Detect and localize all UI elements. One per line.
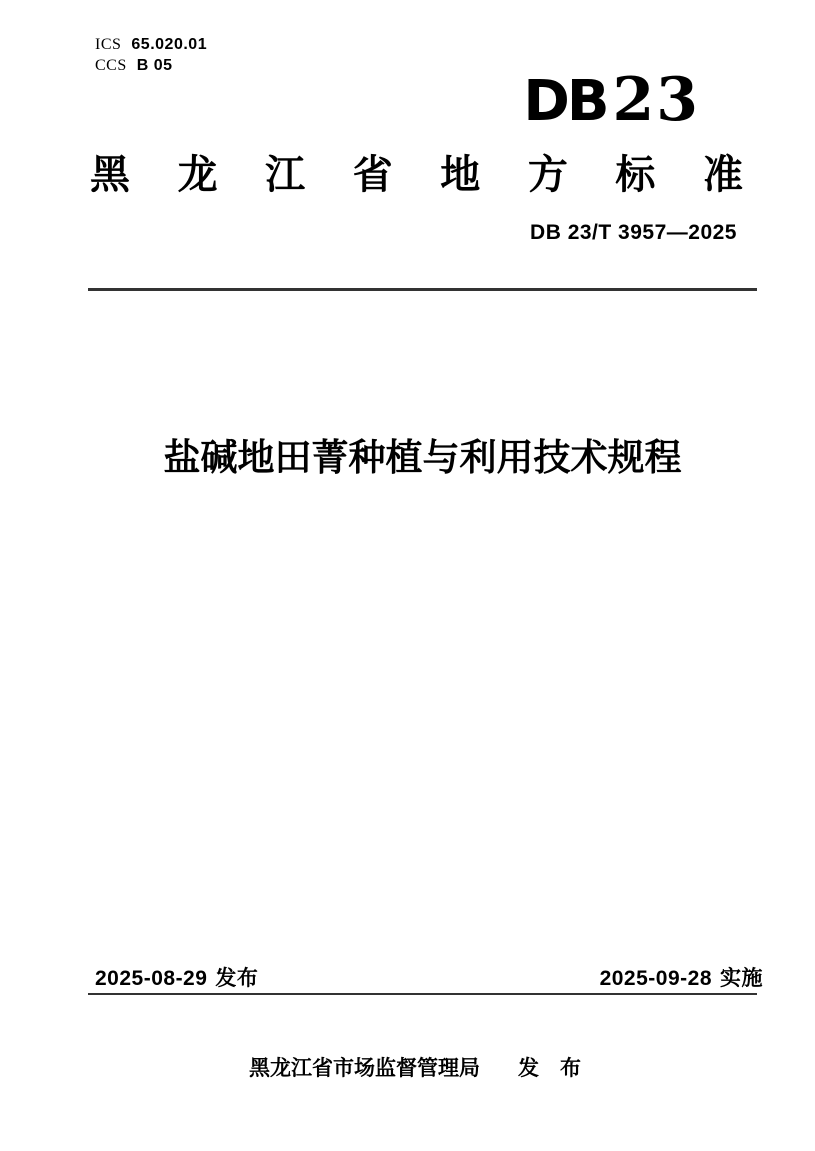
implementation-date-label: 实施 (720, 967, 763, 990)
ics-row: ICS 65.020.01 (95, 36, 207, 57)
standard-type-char: 龙 (178, 152, 218, 198)
ccs-code: B 05 (137, 57, 173, 75)
classification-block: ICS 65.020.01 CCS B 05 (95, 36, 207, 78)
standard-type-char: 地 (440, 152, 480, 198)
publisher-row: 黑龙江省市场监督管理局 发 布 (0, 1052, 815, 1082)
db-logo-region-code: 23 (613, 70, 701, 130)
implementation-date-value: 2025-09-28 (600, 967, 712, 990)
publisher-name: 黑龙江省市场监督管理局 (249, 1052, 480, 1082)
standard-type-char: 标 (615, 152, 655, 198)
standard-type-heading: 黑 龙 江 省 地 方 标 准 (90, 152, 743, 198)
implementation-date: 2025-09-28 实施 (600, 967, 763, 990)
standard-type-char: 黑 (90, 152, 130, 198)
ccs-row: CCS B 05 (95, 57, 207, 78)
standard-type-char: 省 (353, 152, 393, 198)
standard-cover-page: ICS 65.020.01 CCS B 05 DB 23 黑 龙 江 省 地 方… (0, 0, 815, 1151)
db23-logo: DB 23 (523, 70, 700, 130)
document-title: 盐碱地田菁种植与利用技术规程 (0, 436, 815, 480)
release-date-value: 2025-08-29 (95, 967, 207, 990)
release-date-label: 发布 (215, 967, 258, 990)
dates-row: 2025-08-29 发布 2025-09-28 实施 (95, 967, 763, 990)
db-logo-letters: DB (523, 74, 606, 130)
top-divider-line (88, 288, 757, 291)
release-date: 2025-08-29 发布 (95, 967, 258, 990)
bottom-divider-line (88, 993, 757, 995)
standard-type-char: 方 (528, 152, 568, 198)
ccs-label: CCS (95, 57, 127, 75)
publish-action-label: 发 布 (518, 1052, 581, 1082)
standard-type-char: 江 (265, 152, 305, 198)
standard-type-char: 准 (703, 152, 743, 198)
ics-label: ICS (95, 36, 121, 54)
ics-code: 65.020.01 (131, 36, 207, 54)
standard-number: DB 23/T 3957—2025 (530, 221, 737, 245)
